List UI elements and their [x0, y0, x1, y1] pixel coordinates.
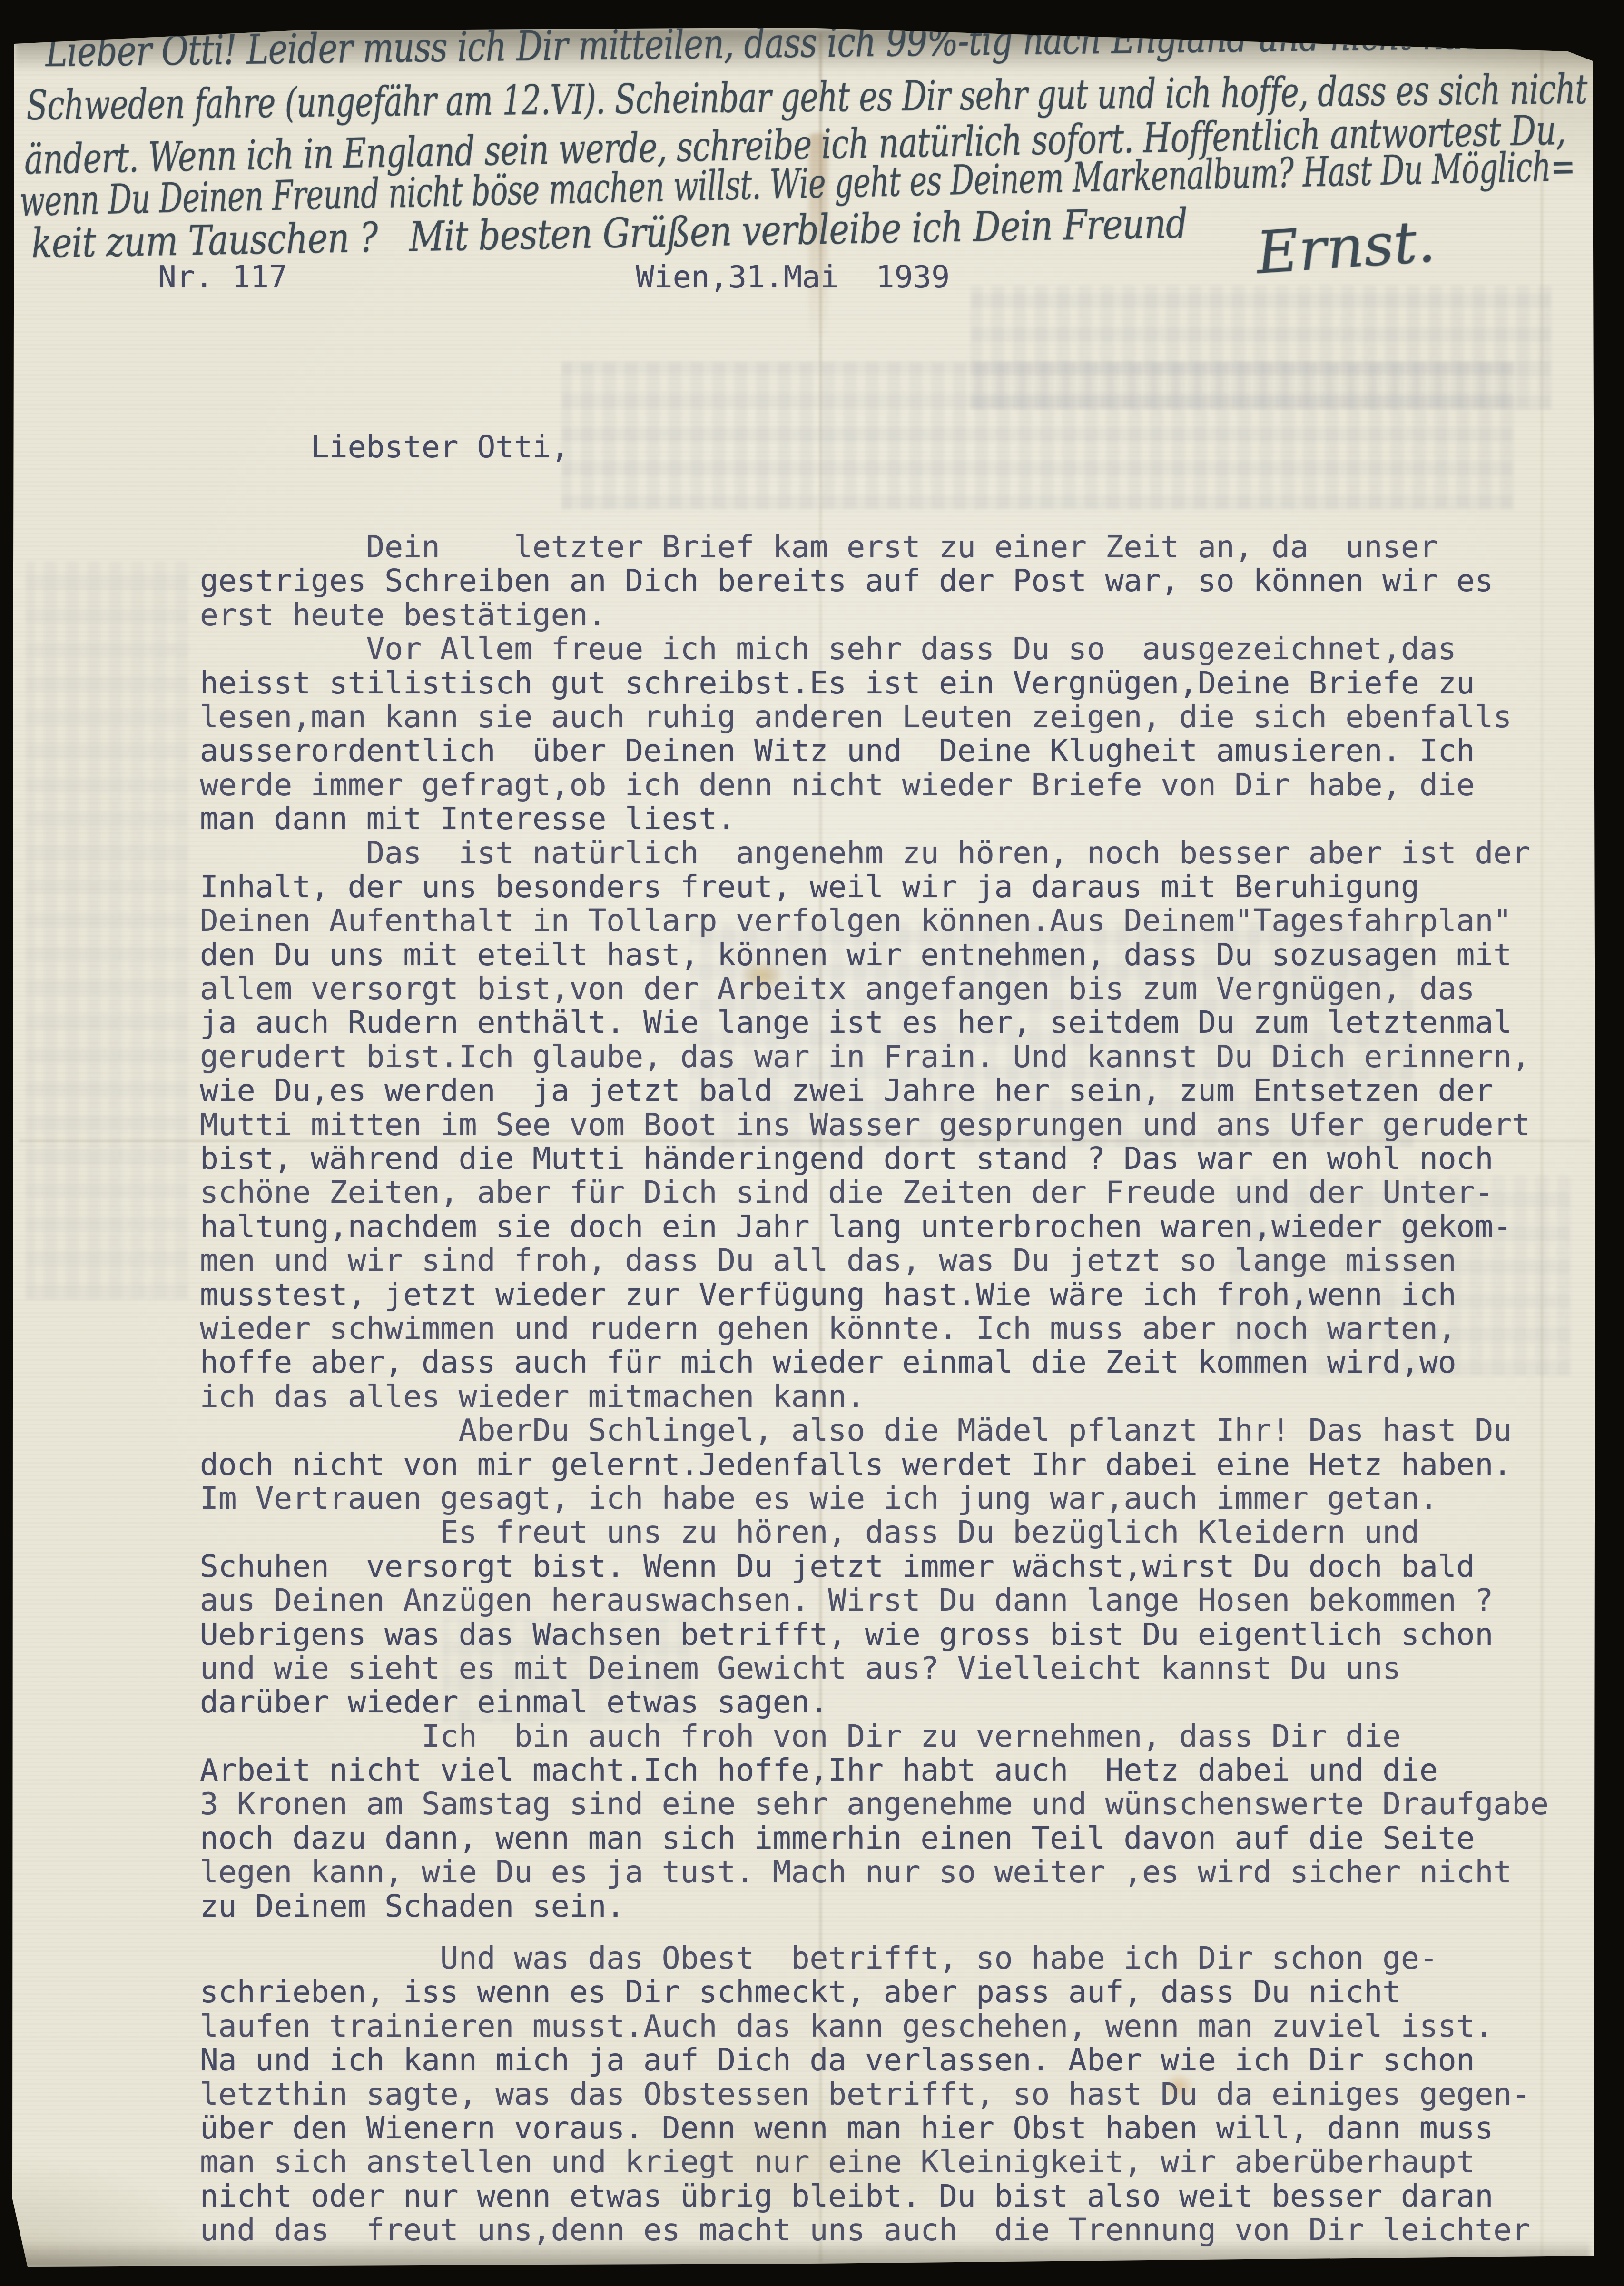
typed-line: bist, während die Mutti händeringend dor…: [200, 1142, 1608, 1176]
typed-line: wieder schwimmen und rudern gehen könnte…: [200, 1312, 1608, 1346]
typed-line: musstest, jetzt wieder zur Verfügung has…: [200, 1278, 1608, 1312]
typed-line: Es freut uns zu hören, dass Du bezüglich…: [200, 1515, 1608, 1549]
typed-line: Na und ich kann mich ja auf Dich da verl…: [200, 2043, 1608, 2077]
letter-place-date: Wien,31.Mai 1939: [636, 259, 950, 295]
typed-line: und wie sieht es mit Deinem Gewicht aus?…: [200, 1652, 1608, 1685]
paragraph: Es freut uns zu hören, dass Du bezüglich…: [200, 1515, 1608, 1719]
paragraph: Ich bin auch froh von Dir zu vernehmen, …: [200, 1720, 1608, 1923]
typed-line: aus Deinen Anzügen herauswachsen. Wirst …: [200, 1583, 1608, 1617]
typed-line: zu Deinem Schaden sein.: [200, 1890, 1608, 1923]
scanned-letter-screenshot: Ernst. Lieber Otti! Leider muss ich Dir …: [0, 0, 1624, 2286]
typed-line: laufen trainieren musst.Auch das kann ge…: [200, 2009, 1608, 2043]
typed-line: erst heute bestätigen.: [200, 598, 1608, 632]
typed-line: wie Du,es werden ja jetzt bald zwei Jahr…: [200, 1074, 1608, 1108]
paragraph: Und was das Obest betrifft, so habe ich …: [200, 1941, 1608, 2247]
typed-line: werde immer gefragt,ob ich denn nicht wi…: [200, 768, 1608, 802]
typed-line: den Du uns mit eteilt hast, können wir e…: [200, 938, 1608, 972]
letter-number: Nr. 117: [158, 259, 287, 295]
typed-line: AberDu Schlingel, also die Mädel pflanzt…: [200, 1414, 1608, 1447]
typed-line: man dann mit Interesse liest.: [200, 802, 1608, 836]
typed-line: Mutti mitten im See vom Boot ins Wasser …: [200, 1108, 1608, 1142]
typed-line: Deinen Aufenthalt in Tollarp verfolgen k…: [200, 904, 1608, 938]
typed-line: schrieben, iss wenn es Dir schmeckt, abe…: [200, 1975, 1608, 2009]
typed-line: ja auch Rudern enthält. Wie lange ist es…: [200, 1006, 1608, 1039]
typed-line: und das freut uns,denn es macht uns auch…: [200, 2213, 1608, 2247]
typed-line: noch dazu dann, wenn man sich immerhin e…: [200, 1821, 1608, 1855]
bleedthrough-text: [26, 562, 188, 1299]
bleedthrough-text: [561, 362, 1513, 509]
typed-line: doch nicht von mir gelernt.Jedenfalls we…: [200, 1448, 1608, 1482]
typed-line: darüber wieder einmal etwas sagen.: [200, 1685, 1608, 1719]
typed-line: ich das alles wieder mitmachen kann.: [200, 1380, 1608, 1414]
typed-line: haltung,nachdem sie doch ein Jahr lang u…: [200, 1210, 1608, 1244]
typed-line: Das ist natürlich angenehm zu hören, noc…: [200, 836, 1608, 870]
typed-line: ausserordentlich über Deinen Witz und De…: [200, 734, 1608, 768]
typed-line: lesen,man kann sie auch ruhig anderen Le…: [200, 700, 1608, 734]
typed-line: Und was das Obest betrifft, so habe ich …: [200, 1941, 1608, 1975]
typed-line: Uebrigens was das Wachsen betrifft, wie …: [200, 1618, 1608, 1652]
paragraph: Das ist natürlich angenehm zu hören, noc…: [200, 836, 1608, 1414]
typed-line: gestriges Schreiben an Dich bereits auf …: [200, 564, 1608, 598]
typed-line: Ich bin auch froh von Dir zu vernehmen, …: [200, 1720, 1608, 1753]
handwritten-signature: Ernst.: [1254, 207, 1437, 287]
letter-paper: Ernst. Lieber Otti! Leider muss ich Dir …: [0, 0, 1624, 2286]
typed-line: Vor Allem freue ich mich sehr dass Du so…: [200, 632, 1608, 666]
typed-line: heisst stilistisch gut schreibst.Es ist …: [200, 666, 1608, 700]
salutation: Liebster Otti,: [200, 429, 570, 465]
typed-line: men und wir sind froh, dass Du all das, …: [200, 1244, 1608, 1277]
paragraph: AberDu Schlingel, also die Mädel pflanzt…: [200, 1414, 1608, 1515]
typed-letter-body: Dein letzter Brief kam erst zu einer Zei…: [200, 530, 1608, 2247]
typed-line: über den Wienern voraus. Denn wenn man h…: [200, 2111, 1608, 2145]
typed-line: 3 Kronen am Samstag sind eine sehr angen…: [200, 1787, 1608, 1821]
typed-line: Arbeit nicht viel macht.Ich hoffe,Ihr ha…: [200, 1753, 1608, 1787]
typed-line: nicht oder nur wenn etwas übrig bleibt. …: [200, 2179, 1608, 2213]
typed-line: hoffe aber, dass auch für mich wieder ei…: [200, 1346, 1608, 1379]
typed-line: schöne Zeiten, aber für Dich sind die Ze…: [200, 1176, 1608, 1209]
paragraph: Dein letzter Brief kam erst zu einer Zei…: [200, 530, 1608, 632]
typed-line: allem versorgt bist,von der Arbeitx ange…: [200, 972, 1608, 1006]
typed-line: Im Vertrauen gesagt, ich habe es wie ich…: [200, 1482, 1608, 1515]
typed-line: Schuhen versorgt bist. Wenn Du jetzt imm…: [200, 1550, 1608, 1583]
typed-line: Dein letzter Brief kam erst zu einer Zei…: [200, 530, 1608, 564]
paragraph: Vor Allem freue ich mich sehr dass Du so…: [200, 632, 1608, 836]
typed-line: letzthin sagte, was das Obstessen betrif…: [200, 2078, 1608, 2111]
typed-line: man sich anstellen und kriegt nur eine K…: [200, 2145, 1608, 2179]
typed-line: legen kann, wie Du es ja tust. Mach nur …: [200, 1855, 1608, 1889]
typed-line: Inhalt, der uns besonders freut, weil wi…: [200, 870, 1608, 904]
typed-line: gerudert bist.Ich glaube, das war in Fra…: [200, 1040, 1608, 1074]
